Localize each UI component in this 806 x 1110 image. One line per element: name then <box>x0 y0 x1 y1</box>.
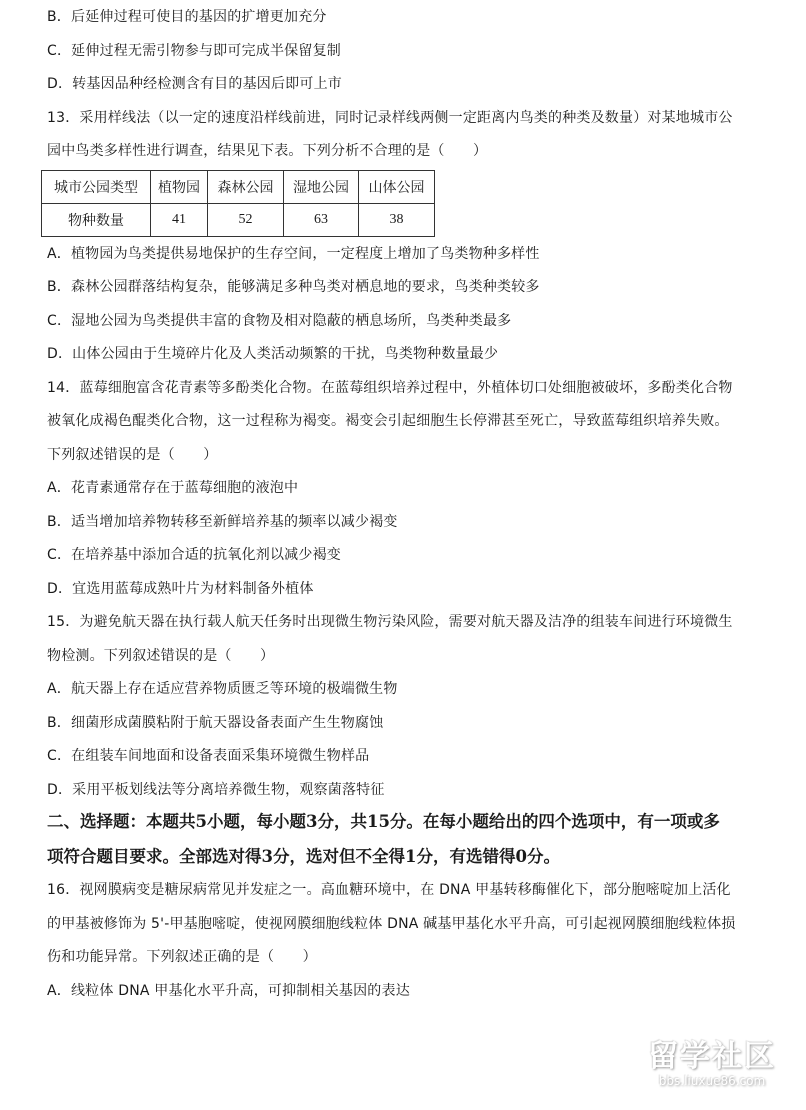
table-header-cell: 城市公园类型 <box>42 171 151 204</box>
table-header-cell: 森林公园 <box>208 171 284 204</box>
q13-option-d: D．山体公园由于生境碎片化及人类活动频繁的干扰，鸟类物种数量最少 <box>47 344 498 364</box>
table-cell: 63 <box>284 204 359 237</box>
q13-option-a: A．植物园为鸟类提供易地保护的生存空间，一定程度上增加了鸟类物种多样性 <box>47 244 540 264</box>
q12-option-d: D．转基因品种经检测含有目的基因后即可上市 <box>47 74 342 94</box>
q14-option-d: D．宜选用蓝莓成熟叶片为材料制备外植体 <box>47 579 314 599</box>
q15-option-b: B．细菌形成菌膜粘附于航天器设备表面产生生物腐蚀 <box>47 713 383 733</box>
table-row: 物种数量 41 52 63 38 <box>42 204 435 237</box>
q15-option-c: C．在组装车间地面和设备表面采集环境微生物样品 <box>47 746 369 766</box>
site-watermark-logo: 留学社区 bbs.liuxue86.com <box>632 1040 792 1100</box>
table-header-cell: 湿地公园 <box>284 171 359 204</box>
q15-option-a: A．航天器上存在适应营养物质匮乏等环境的极端微生物 <box>47 679 398 699</box>
section-heading-line2: 项符合题目要求。全部选对得3分，选对但不全得1分，有选错得0分。 <box>47 845 560 869</box>
table-cell: 38 <box>359 204 435 237</box>
q14-option-b: B．适当增加培养物转移至新鲜培养基的频率以减少褐变 <box>47 512 398 532</box>
q12-option-c: C．延伸过程无需引物参与即可完成半保留复制 <box>47 41 341 61</box>
table-header-row: 城市公园类型 植物园 森林公园 湿地公园 山体公园 <box>42 171 435 204</box>
watermark-url: bbs.liuxue86.com <box>632 1074 792 1088</box>
table-cell: 41 <box>151 204 208 237</box>
q14-stem-line3: 下列叙述错误的是（ ） <box>47 445 217 465</box>
q15-option-d: D．采用平板划线法等分离培养微生物，观察菌落特征 <box>47 780 385 800</box>
q13-data-table: 城市公园类型 植物园 森林公园 湿地公园 山体公园 物种数量 41 52 63 … <box>41 170 435 237</box>
q15-stem-line1: 15．为避免航天器在执行载人航天任务时出现微生物污染风险，需要对航天器及洁净的组… <box>47 612 733 632</box>
q14-stem-line1: 14．蓝莓细胞富含花青素等多酚类化合物。在蓝莓组织培养过程中，外植体切口处细胞被… <box>47 378 733 398</box>
q16-stem-line2: 的甲基被修饰为 5'-甲基胞嘧啶，使视网膜细胞线粒体 DNA 碱基甲基化水平升高… <box>47 914 736 934</box>
section-heading-line1: 二、选择题：本题共5小题，每小题3分，共15分。在每小题给出的四个选项中，有一项… <box>47 810 720 834</box>
q15-stem-line2: 物检测。下列叙述错误的是（ ） <box>47 646 274 666</box>
table-row-label: 物种数量 <box>42 204 151 237</box>
watermark-title: 留学社区 <box>632 1040 792 1074</box>
table-header-cell: 山体公园 <box>359 171 435 204</box>
q13-option-c: C．湿地公园为鸟类提供丰富的食物及相对隐蔽的栖息场所，鸟类种类最多 <box>47 311 511 331</box>
q16-stem-line3: 伤和功能异常。下列叙述正确的是（ ） <box>47 947 317 967</box>
q16-stem-line1: 16．视网膜病变是糖尿病常见并发症之一。高血糖环境中，在 DNA 甲基转移酶催化… <box>47 880 731 900</box>
table-header-cell: 植物园 <box>151 171 208 204</box>
q16-option-a: A．线粒体 DNA 甲基化水平升高，可抑制相关基因的表达 <box>47 981 410 1001</box>
q12-option-b: B．后延伸过程可使目的基因的扩增更加充分 <box>47 7 327 27</box>
table-cell: 52 <box>208 204 284 237</box>
q13-option-b: B．森林公园群落结构复杂，能够满足多种鸟类对栖息地的要求，鸟类种类较多 <box>47 277 540 297</box>
q14-option-c: C．在培养基中添加合适的抗氧化剂以减少褐变 <box>47 545 341 565</box>
q13-stem-line2: 园中鸟类多样性进行调查，结果见下表。下列分析不合理的是（ ） <box>47 141 487 161</box>
q13-stem-line1: 13．采用样线法（以一定的速度沿样线前进，同时记录样线两侧一定距离内鸟类的种类及… <box>47 108 733 128</box>
q14-option-a: A．花青素通常存在于蓝莓细胞的液泡中 <box>47 478 298 498</box>
q14-stem-line2: 被氧化成褐色醌类化合物，这一过程称为褐变。褐变会引起细胞生长停滞甚至死亡，导致蓝… <box>47 411 729 431</box>
